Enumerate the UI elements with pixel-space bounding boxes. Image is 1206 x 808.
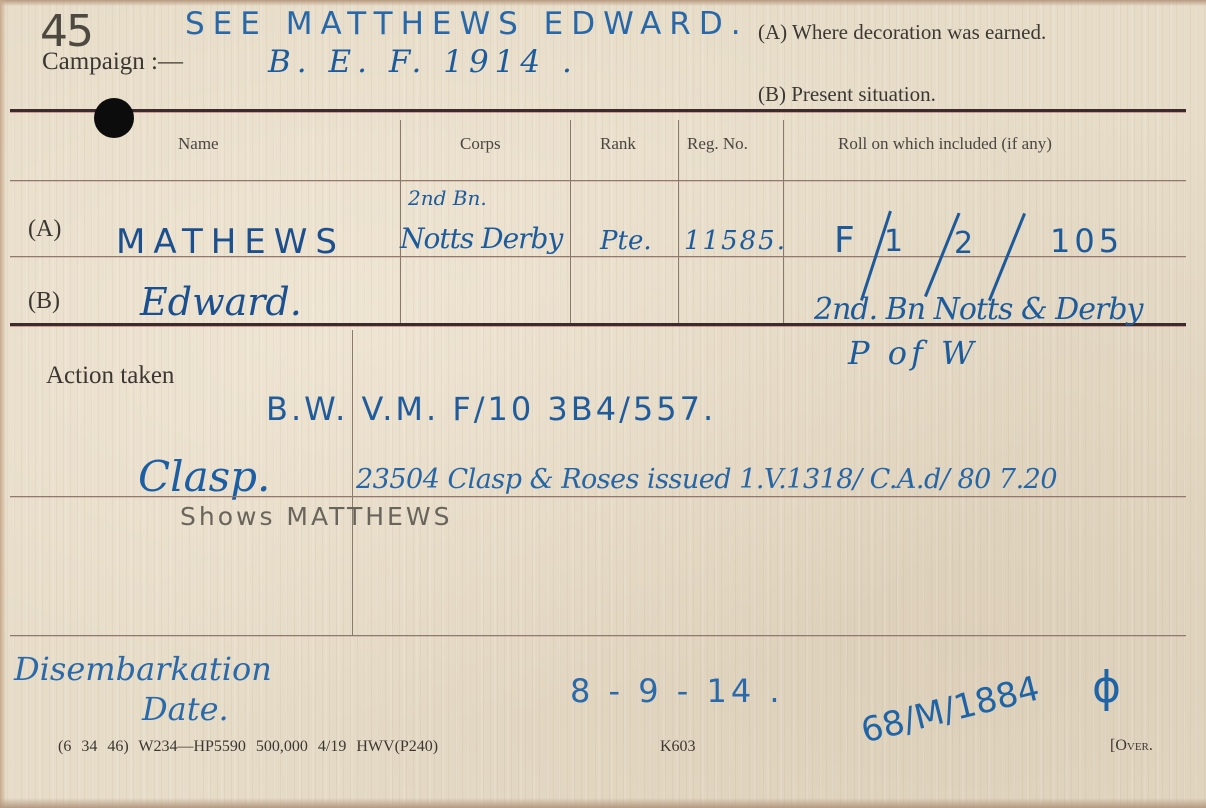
medal-index-card: 45 SEE MATTHEWS EDWARD. Campaign :— B. E… [0, 0, 1206, 808]
form-code: K603 [660, 738, 696, 756]
row-a-reg-no: 11585. [684, 226, 787, 256]
pencil-note: Shows MATTHEWS [180, 502, 452, 531]
over-label: [Over. [1110, 737, 1153, 755]
header-rule [10, 109, 1186, 112]
row-b-label: (B) [28, 288, 60, 315]
reference-mark: ϕ [1092, 662, 1121, 713]
row-a-roll-part-2: 1 [884, 224, 903, 259]
header-corps: Corps [460, 134, 501, 154]
row-a-corps-line1: 2nd Bn. [408, 186, 487, 210]
disembarkation-label-1: Disembarkation [14, 650, 272, 688]
present-situation-line2: P of W [848, 334, 978, 372]
action-line2: 23504 Clasp & Roses issued 1.V.1318/ C.A… [356, 464, 1057, 495]
action-rule-2 [10, 635, 1186, 636]
action-col-divider [352, 330, 353, 635]
row-b-name: Edward. [140, 280, 302, 324]
punch-hole [94, 98, 134, 138]
disembarkation-label-2: Date. [142, 690, 229, 728]
card-edge-left [0, 0, 6, 808]
row-a-roll-part-1: F [834, 220, 855, 261]
print-code: (6 34 46) W234—HP5590 500,000 4/19 HWV(P… [58, 738, 438, 756]
present-situation-line1: 2nd. Bn Notts & Derby [814, 292, 1142, 327]
col-divider-reg-roll [783, 120, 784, 323]
header-roll: Roll on which included (if any) [838, 134, 1052, 154]
action-line1: B.W. V.M. F/10 3B4/557. [266, 390, 716, 428]
action-rule-1 [10, 496, 1186, 497]
legend-b: (B) Present situation. [758, 82, 936, 107]
row-a-label: (A) [28, 216, 61, 243]
row-a-name: MATHEWS [116, 222, 345, 262]
legend-a: (A) Where decoration was earned. [758, 20, 1046, 45]
disembarkation-date: 8 - 9 - 14 . [570, 672, 784, 710]
col-divider-corps-rank [570, 120, 571, 323]
cross-reference: SEE MATTHEWS EDWARD. [185, 6, 749, 42]
action-clasp-prefix: Clasp. [138, 452, 270, 501]
row-a-roll-part-3: 2 [954, 226, 973, 261]
row-a-roll-part-4: 105 [1050, 222, 1123, 260]
reference-number: 68/M/1884 [857, 669, 1043, 752]
header-row-rule [10, 180, 1186, 181]
col-divider-rank-reg [678, 120, 679, 323]
campaign-value: B. E. F. 1914 . [268, 44, 578, 80]
header-rank: Rank [600, 134, 636, 154]
campaign-label: Campaign :— [42, 48, 183, 76]
header-reg-no: Reg. No. [687, 134, 748, 154]
card-edge-bottom [0, 798, 1206, 808]
row-a-corps-line2: Notts Derby [400, 222, 562, 255]
header-name: Name [178, 134, 219, 154]
row-a-rank: Pte. [600, 226, 652, 256]
action-label: Action taken [46, 362, 174, 390]
